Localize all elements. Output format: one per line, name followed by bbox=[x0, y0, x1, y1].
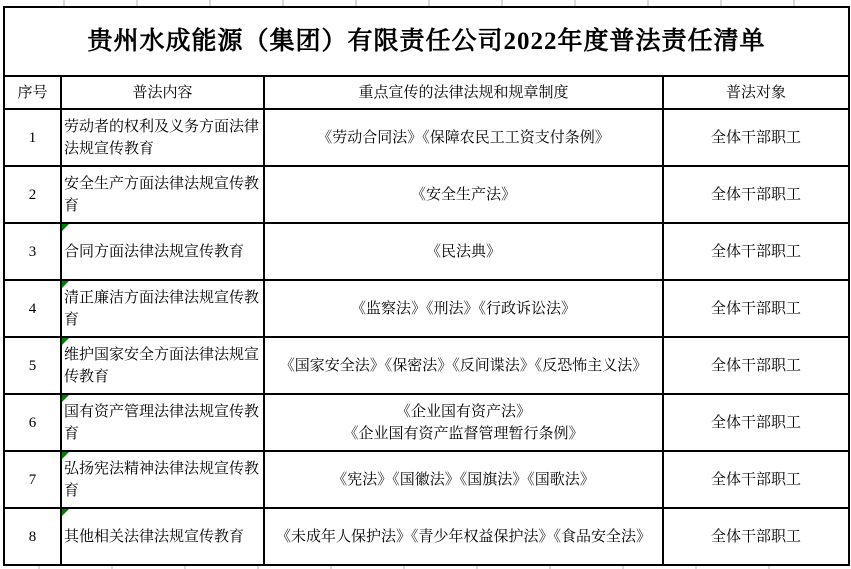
laws-cell: 《安全生产法》 bbox=[264, 166, 663, 223]
content-text: 清正廉洁方面法律法规宣传教育 bbox=[64, 290, 259, 328]
target-cell: 全体干部职工 bbox=[663, 451, 849, 508]
laws-cell: 《民法典》 bbox=[264, 223, 663, 280]
table-row: 7 弘扬宪法精神法律法规宣传教育 《宪法》《国徽法》《国旗法》《国歌法》 全体干… bbox=[4, 451, 849, 508]
laws-cell: 《监察法》《刑法》《行政诉讼法》 bbox=[264, 280, 663, 337]
content-text: 劳动者的权利及义务方面法律法规宣传教育 bbox=[64, 119, 259, 157]
error-indicator-icon bbox=[62, 452, 69, 459]
laws-cell: 《企业国有资产法》 《企业国有资产监督管理暂行条例》 bbox=[264, 394, 663, 451]
laws-cell: 《国家安全法》《保密法》《反间谍法》《反恐怖主义法》 bbox=[264, 337, 663, 394]
content-cell: 清正廉洁方面法律法规宣传教育 bbox=[61, 280, 264, 337]
pufa-responsibility-table: 贵州水成能源（集团）有限责任公司2022年度普法责任清单 序号 普法内容 重点宣… bbox=[3, 6, 850, 566]
content-text: 其他相关法律法规宣传教育 bbox=[64, 529, 244, 545]
error-indicator-icon bbox=[62, 224, 69, 231]
table-row: 2 安全生产方面法律法规宣传教育 《安全生产法》 全体干部职工 bbox=[4, 166, 849, 223]
target-cell: 全体干部职工 bbox=[663, 394, 849, 451]
content-cell: 合同方面法律法规宣传教育 bbox=[61, 223, 264, 280]
target-cell: 全体干部职工 bbox=[663, 337, 849, 394]
content-text: 安全生产方面法律法规宣传教育 bbox=[64, 176, 259, 214]
document-title: 贵州水成能源（集团）有限责任公司2022年度普法责任清单 bbox=[4, 7, 849, 76]
row-number-cell: 8 bbox=[4, 508, 61, 565]
error-indicator-icon bbox=[62, 338, 69, 345]
content-cell: 弘扬宪法精神法律法规宣传教育 bbox=[61, 451, 264, 508]
table-row: 6 国有资产管理法律法规宣传教育 《企业国有资产法》 《企业国有资产监督管理暂行… bbox=[4, 394, 849, 451]
title-row: 贵州水成能源（集团）有限责任公司2022年度普法责任清单 bbox=[4, 7, 849, 76]
content-text: 合同方面法律法规宣传教育 bbox=[64, 244, 244, 260]
row-number-cell: 2 bbox=[4, 166, 61, 223]
col-header-number: 序号 bbox=[4, 76, 61, 109]
row-number-cell: 5 bbox=[4, 337, 61, 394]
table-row: 5 维护国家安全方面法律法规宣传教育 《国家安全法》《保密法》《反间谍法》《反恐… bbox=[4, 337, 849, 394]
row-number-cell: 7 bbox=[4, 451, 61, 508]
target-cell: 全体干部职工 bbox=[663, 508, 849, 565]
row-number-cell: 3 bbox=[4, 223, 61, 280]
row-number-cell: 4 bbox=[4, 280, 61, 337]
target-cell: 全体干部职工 bbox=[663, 109, 849, 166]
laws-cell: 《宪法》《国徽法》《国旗法》《国歌法》 bbox=[264, 451, 663, 508]
content-cell: 国有资产管理法律法规宣传教育 bbox=[61, 394, 264, 451]
content-text: 国有资产管理法律法规宣传教育 bbox=[64, 404, 259, 442]
content-text: 维护国家安全方面法律法规宣传教育 bbox=[64, 347, 259, 385]
col-header-target: 普法对象 bbox=[663, 76, 849, 109]
table-row: 4 清正廉洁方面法律法规宣传教育 《监察法》《刑法》《行政诉讼法》 全体干部职工 bbox=[4, 280, 849, 337]
content-cell: 劳动者的权利及义务方面法律法规宣传教育 bbox=[61, 109, 264, 166]
row-number-cell: 1 bbox=[4, 109, 61, 166]
content-text: 弘扬宪法精神法律法规宣传教育 bbox=[64, 461, 259, 499]
table-row: 1 劳动者的权利及义务方面法律法规宣传教育 《劳动合同法》《保障农民工工资支付条… bbox=[4, 109, 849, 166]
laws-cell: 《劳动合同法》《保障农民工工资支付条例》 bbox=[264, 109, 663, 166]
table-row: 3 合同方面法律法规宣传教育 《民法典》 全体干部职工 bbox=[4, 223, 849, 280]
content-cell: 其他相关法律法规宣传教育 bbox=[61, 508, 264, 565]
table-row: 8 其他相关法律法规宣传教育 《未成年人保护法》《青少年权益保护法》《食品安全法… bbox=[4, 508, 849, 565]
target-cell: 全体干部职工 bbox=[663, 166, 849, 223]
row-number-cell: 6 bbox=[4, 394, 61, 451]
content-cell: 维护国家安全方面法律法规宣传教育 bbox=[61, 337, 264, 394]
target-cell: 全体干部职工 bbox=[663, 280, 849, 337]
header-row: 序号 普法内容 重点宣传的法律法规和规章制度 普法对象 bbox=[4, 76, 849, 109]
col-header-laws: 重点宣传的法律法规和规章制度 bbox=[264, 76, 663, 109]
col-header-content: 普法内容 bbox=[61, 76, 264, 109]
error-indicator-icon bbox=[62, 395, 69, 402]
error-indicator-icon bbox=[62, 509, 69, 516]
content-cell: 安全生产方面法律法规宣传教育 bbox=[61, 166, 264, 223]
laws-cell: 《未成年人保护法》《青少年权益保护法》《食品安全法》 bbox=[264, 508, 663, 565]
error-indicator-icon bbox=[62, 281, 69, 288]
target-cell: 全体干部职工 bbox=[663, 223, 849, 280]
